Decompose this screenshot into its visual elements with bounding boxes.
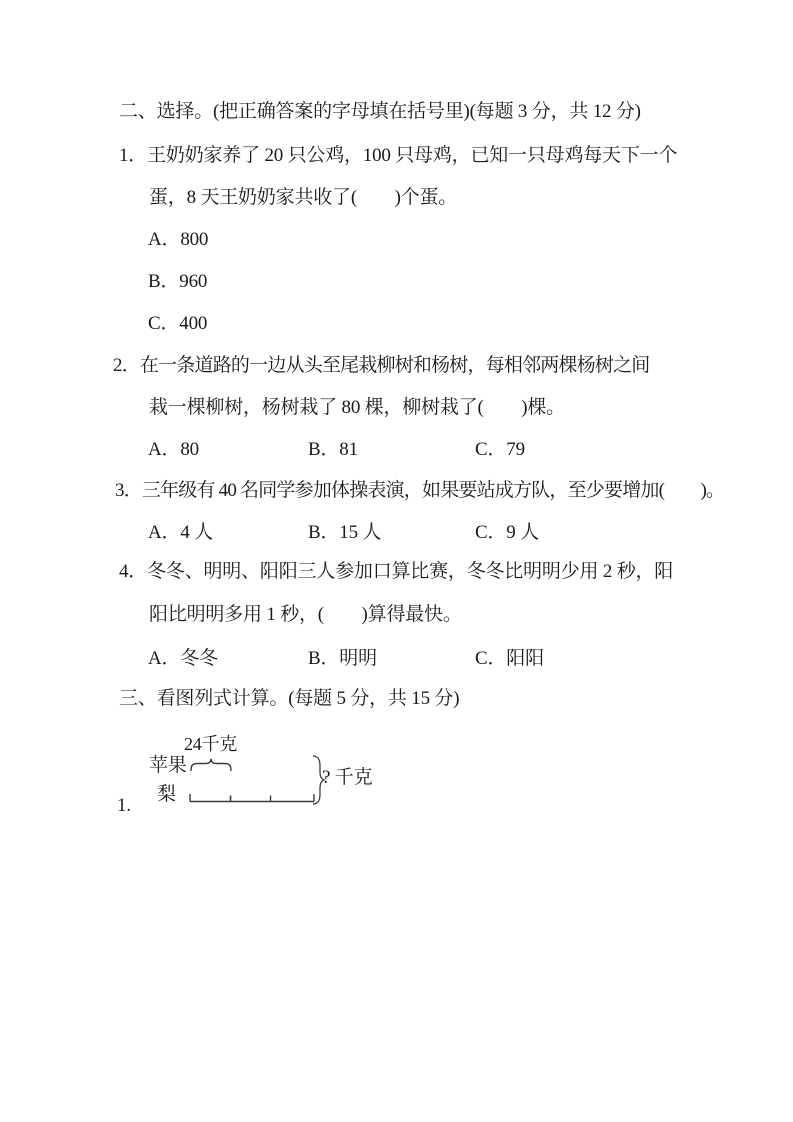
apple-row-label: 苹果 xyxy=(149,755,187,777)
apple-overbrace-shape xyxy=(189,757,233,772)
section-three-item-number: 1. xyxy=(117,795,131,817)
question-1-option-b: B．960 xyxy=(148,271,207,293)
pear-segment-line-shape xyxy=(189,791,315,803)
section-two-heading: 二、选择。(把正确答案的字母填在括号里)(每题 3 分，共 12 分) xyxy=(119,101,641,123)
question-4-option-c: C．阳阳 xyxy=(475,648,544,670)
question-4-text-line-1: 4．冬冬、明明、阳阳三人参加口算比赛，冬冬比明明少用 2 秒，阳 xyxy=(119,561,673,583)
question-3-option-a: A．4 人 xyxy=(148,522,213,544)
question-2-text-line-2: 栽一棵柳树，杨树栽了 80 棵，柳树栽了( )棵。 xyxy=(149,397,565,419)
question-2-option-b: B．81 xyxy=(308,439,358,461)
question-1-text-line-1: 1．王奶奶家养了 20 只公鸡，100 只母鸡，已知一只母鸡每天下一个 xyxy=(119,145,677,167)
worksheet-page: 二、选择。(把正确答案的字母填在括号里)(每题 3 分，共 12 分) 1．王奶… xyxy=(0,0,793,1122)
question-4-text-line-2: 阳比明明多用 1 秒，( )算得最快。 xyxy=(149,604,462,626)
question-4-option-a: A．冬冬 xyxy=(148,648,218,670)
question-2-option-c: C．79 xyxy=(475,439,525,461)
total-amount-label: ? 千克 xyxy=(322,767,372,789)
section-three-heading: 三、看图列式计算。(每题 5 分，共 15 分) xyxy=(119,688,459,710)
question-1-option-a: A．800 xyxy=(148,229,208,251)
apple-amount-label: 24千克 xyxy=(184,734,237,755)
question-2-option-a: A．80 xyxy=(148,439,199,461)
question-2-text-line-1: 2．在一条道路的一边从头至尾栽柳树和杨树，每相邻两棵杨树之间 xyxy=(113,355,650,377)
question-4-option-b: B．明明 xyxy=(308,648,377,670)
question-3-option-b: B．15 人 xyxy=(308,522,381,544)
question-3-text-line-1: 3．三年级有 40 名同学参加体操表演，如果要站成方队，至少要增加( )。 xyxy=(115,480,724,502)
question-1-text-line-2: 蛋，8 天王奶奶家共收了( )个蛋。 xyxy=(149,187,457,209)
question-3-option-c: C．9 人 xyxy=(475,522,539,544)
question-1-option-c: C．400 xyxy=(148,313,207,335)
pear-row-label: 梨 xyxy=(157,784,176,806)
